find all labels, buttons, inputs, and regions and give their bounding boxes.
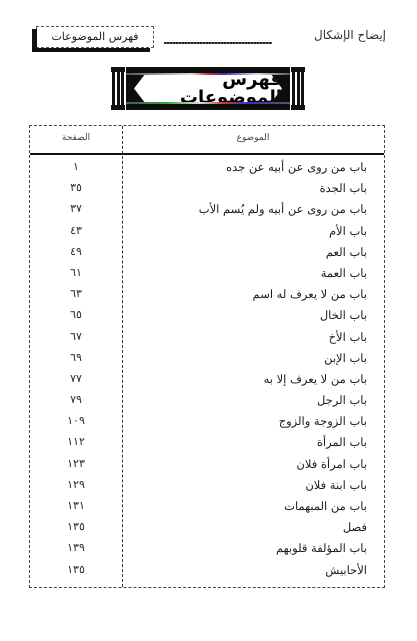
page-number-cell: ٧٩ [30, 390, 122, 410]
table-row: باب الرجل ٧٩ [30, 390, 384, 411]
table-row: باب من لا يعرف إلا به ٧٧ [30, 369, 384, 390]
table-of-contents: الموضوع الصفحة باب من روى عن أبيه عن جده… [29, 125, 385, 588]
topic-cell: باب الإبن [127, 348, 367, 368]
table-row: باب المرأة ١١٢ [30, 432, 384, 453]
topic-cell: باب الخال [127, 305, 367, 325]
table-row: باب من روى عن أبيه عن جده ١ [30, 157, 384, 178]
table-row: باب المؤلفة قلوبهم ١٣٩ [30, 538, 384, 559]
page-number-cell: ١٢٣ [30, 454, 122, 474]
topic-cell: باب الجدة [127, 178, 367, 198]
topic-cell: باب امرأة فلان [127, 454, 367, 474]
table-row: باب الأم ٤٣ [30, 221, 384, 242]
page-title: فهرس الموضوعات [134, 71, 282, 107]
table-row: باب الإبن ٦٩ [30, 348, 384, 369]
page-number-cell: ٦٣ [30, 284, 122, 304]
page-number-cell: ٦١ [30, 263, 122, 283]
table-row: باب الزوجة والزوج ١٠٩ [30, 411, 384, 432]
running-header-chapter-box: فهرس الموضوعات [36, 26, 154, 48]
running-header: فهرس الموضوعات إيضاح الإشكال [36, 26, 386, 50]
table-row: باب الخال ٦٥ [30, 305, 384, 326]
running-header-rule [164, 42, 272, 44]
topic-cell: باب الأخ [127, 327, 367, 347]
page-number-cell: ٦٧ [30, 327, 122, 347]
page-number-cell: ٧٧ [30, 369, 122, 389]
banner-right-pillar-ornament [292, 67, 304, 110]
topic-cell: باب المرأة [127, 432, 367, 452]
table-row: باب العم ٤٩ [30, 242, 384, 263]
table-row: باب امرأة فلان ١٢٣ [30, 454, 384, 475]
page-number-cell: ٣٧ [30, 199, 122, 219]
topic-cell: باب الأم [127, 221, 367, 241]
table-row: باب من لا يعرف له اسم ٦٣ [30, 284, 384, 305]
topic-cell: باب العم [127, 242, 367, 262]
running-header-chapter-label: فهرس الموضوعات [51, 30, 138, 43]
page-number-cell: ١ [30, 157, 122, 177]
topic-cell: باب المؤلفة قلوبهم [127, 538, 367, 558]
topic-cell: باب الزوجة والزوج [127, 411, 367, 431]
banner-plate: فهرس الموضوعات [134, 75, 282, 102]
topic-cell: باب من روى عن أبيه عن جده [127, 157, 367, 177]
running-header-book-title: إيضاح الإشكال [314, 28, 386, 42]
table-row: باب العمة ٦١ [30, 263, 384, 284]
page-number-cell: ٦٥ [30, 305, 122, 325]
page-number-cell: ١٣٩ [30, 538, 122, 558]
column-header-topic: الموضوع [122, 126, 384, 153]
ornate-title-banner: فهرس الموضوعات [112, 67, 304, 110]
topic-cell: باب الرجل [127, 390, 367, 410]
page-number-cell: ١٣٥ [30, 517, 122, 537]
page-number-cell: ١٣٥ [30, 560, 122, 580]
topic-cell: فصل [127, 517, 367, 537]
page-number-cell: ١١٢ [30, 432, 122, 452]
topic-cell: باب من لا يعرف له اسم [127, 284, 367, 304]
table-body: باب من روى عن أبيه عن جده ١ باب الجدة ٣٥… [30, 157, 384, 581]
topic-cell: باب ابنة فلان [127, 475, 367, 495]
page-number-cell: ٣٥ [30, 178, 122, 198]
table-row: باب من روى عن أبيه ولم يُسم الأب ٣٧ [30, 199, 384, 220]
topic-cell: باب من المبهمات [127, 496, 367, 516]
topic-cell: باب العمة [127, 263, 367, 283]
page-number-cell: ١٠٩ [30, 411, 122, 431]
page-number-cell: ٦٩ [30, 348, 122, 368]
table-header: الموضوع الصفحة [30, 126, 384, 155]
topic-cell: باب من لا يعرف إلا به [127, 369, 367, 389]
table-row: باب ابنة فلان ١٢٩ [30, 475, 384, 496]
table-row: باب الأخ ٦٧ [30, 327, 384, 348]
table-row: الأحابيش ١٣٥ [30, 560, 384, 581]
page-number-cell: ٤٣ [30, 221, 122, 241]
page-number-cell: ١٣١ [30, 496, 122, 516]
page-number-cell: ٤٩ [30, 242, 122, 262]
banner-left-pillar-ornament [112, 67, 124, 110]
table-row: فصل ١٣٥ [30, 517, 384, 538]
table-row: باب الجدة ٣٥ [30, 178, 384, 199]
topic-cell: الأحابيش [127, 560, 367, 580]
column-header-page: الصفحة [30, 126, 122, 153]
topic-cell: باب من روى عن أبيه ولم يُسم الأب [127, 199, 367, 219]
page-number-cell: ١٢٩ [30, 475, 122, 495]
table-row: باب من المبهمات ١٣١ [30, 496, 384, 517]
